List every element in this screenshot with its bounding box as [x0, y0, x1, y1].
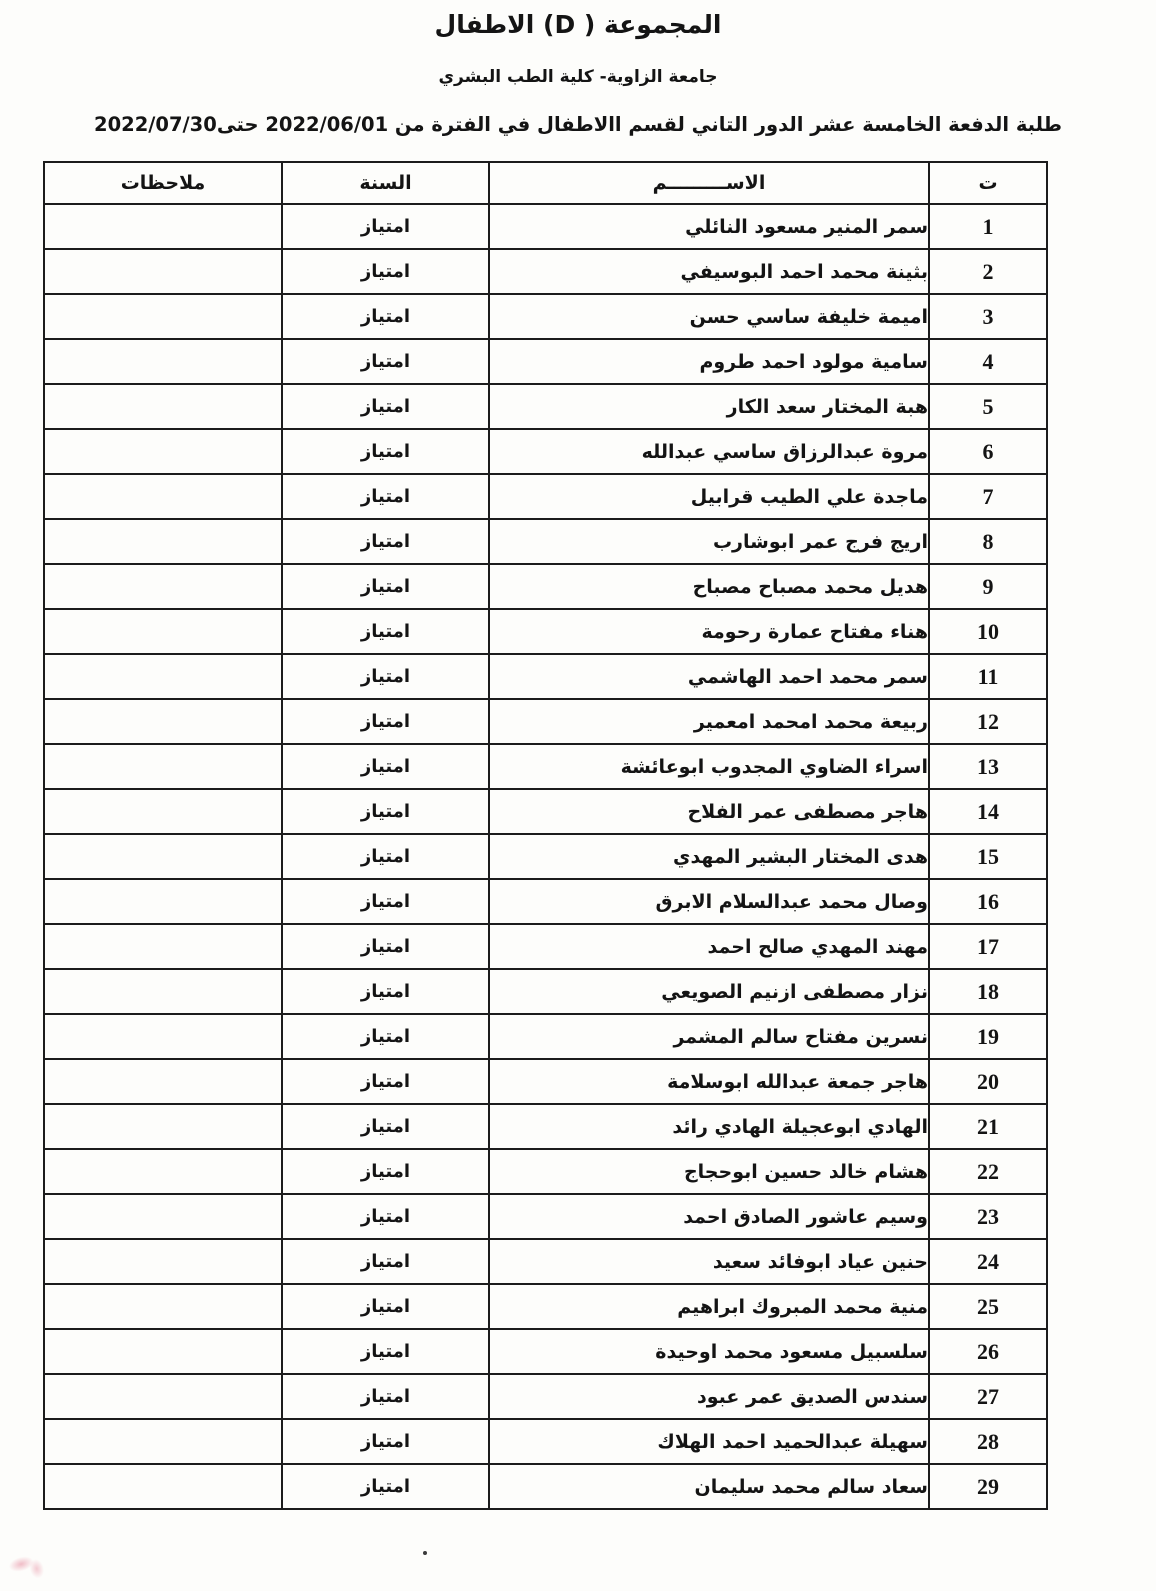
table-row: 22 هشام خالد حسين ابوحجاج امتياز [44, 1149, 1047, 1194]
student-grade: امتياز [282, 699, 489, 744]
table-row: 1 سمر المنير مسعود النائلي امتياز [44, 204, 1047, 249]
student-number: 29 [929, 1464, 1047, 1509]
student-grade: امتياز [282, 1194, 489, 1239]
table-row: 21 الهادي ابوعجيلة الهادي رائد امتياز [44, 1104, 1047, 1149]
student-name: هدى المختار البشير المهدي [489, 834, 929, 879]
student-number: 9 [929, 564, 1047, 609]
student-name: وسيم عاشور الصادق احمد [489, 1194, 929, 1239]
table-row: 6 مروة عبدالرزاق ساسي عبدالله امتياز [44, 429, 1047, 474]
table-row: 25 منية محمد المبروك ابراهيم امتياز [44, 1284, 1047, 1329]
document-header: المجموعة ( D) الاطفال جامعة الزاوية- كلي… [0, 0, 1156, 136]
student-grade: امتياز [282, 1284, 489, 1329]
student-grade: امتياز [282, 339, 489, 384]
table-row: 19 نسرين مفتاح سالم المشمر امتياز [44, 1014, 1047, 1059]
student-number: 10 [929, 609, 1047, 654]
student-notes-cell [44, 474, 282, 519]
student-name: سلسبيل مسعود محمد اوحيدة [489, 1329, 929, 1374]
student-notes-cell [44, 969, 282, 1014]
student-grade: امتياز [282, 204, 489, 249]
scan-speck [423, 1551, 427, 1555]
table-row: 10 هناء مفتاح عمارة رحومة امتياز [44, 609, 1047, 654]
student-grade: امتياز [282, 294, 489, 339]
student-name: الهادي ابوعجيلة الهادي رائد [489, 1104, 929, 1149]
student-number: 11 [929, 654, 1047, 699]
student-name: مهند المهدي صالح احمد [489, 924, 929, 969]
student-notes-cell [44, 249, 282, 294]
student-notes-cell [44, 609, 282, 654]
student-grade: امتياز [282, 474, 489, 519]
student-number: 2 [929, 249, 1047, 294]
student-number: 4 [929, 339, 1047, 384]
student-notes-cell [44, 744, 282, 789]
table-row: 5 هبة المختار سعد الكار امتياز [44, 384, 1047, 429]
student-grade: امتياز [282, 1014, 489, 1059]
student-number: 19 [929, 1014, 1047, 1059]
column-header-year: السنة [282, 162, 489, 204]
student-notes-cell [44, 384, 282, 429]
table-row: 7 ماجدة علي الطيب قرابيل امتياز [44, 474, 1047, 519]
table-row: 11 سمر محمد احمد الهاشمي امتياز [44, 654, 1047, 699]
student-grade: امتياز [282, 609, 489, 654]
student-number: 26 [929, 1329, 1047, 1374]
student-name: نزار مصطفى ازنيم الصويعي [489, 969, 929, 1014]
university-line: جامعة الزاوية- كلية الطب البشري [0, 67, 1156, 87]
student-notes-cell [44, 564, 282, 609]
student-grade: امتياز [282, 1149, 489, 1194]
student-name: هاجر مصطفى عمر الفلاح [489, 789, 929, 834]
student-notes-cell [44, 1284, 282, 1329]
table-row: 18 نزار مصطفى ازنيم الصويعي امتياز [44, 969, 1047, 1014]
table-row: 20 هاجر جمعة عبدالله ابوسلامة امتياز [44, 1059, 1047, 1104]
table-row: 15 هدى المختار البشير المهدي امتياز [44, 834, 1047, 879]
student-notes-cell [44, 789, 282, 834]
students-table-header: ت الاســـــــــم السنة ملاحظات [44, 162, 1047, 204]
student-number: 18 [929, 969, 1047, 1014]
student-number: 27 [929, 1374, 1047, 1419]
table-row: 28 سهيلة عبدالحميد احمد الهلاك امتياز [44, 1419, 1047, 1464]
student-grade: امتياز [282, 1464, 489, 1509]
student-name: ماجدة علي الطيب قرابيل [489, 474, 929, 519]
student-number: 25 [929, 1284, 1047, 1329]
student-name: اميمة خليفة ساسي حسن [489, 294, 929, 339]
table-row: 12 ربيعة محمد امحمد امعمير امتياز [44, 699, 1047, 744]
student-notes-cell [44, 1059, 282, 1104]
scan-smudge [4, 1543, 57, 1588]
table-row: 23 وسيم عاشور الصادق احمد امتياز [44, 1194, 1047, 1239]
students-table: ت الاســـــــــم السنة ملاحظات 1 سمر الم… [43, 161, 1048, 1510]
student-notes-cell [44, 1104, 282, 1149]
column-header-notes: ملاحظات [44, 162, 282, 204]
student-number: 17 [929, 924, 1047, 969]
student-number: 23 [929, 1194, 1047, 1239]
student-notes-cell [44, 1464, 282, 1509]
student-notes-cell [44, 924, 282, 969]
student-name: سمر المنير مسعود النائلي [489, 204, 929, 249]
student-grade: امتياز [282, 1419, 489, 1464]
student-number: 20 [929, 1059, 1047, 1104]
table-row: 26 سلسبيل مسعود محمد اوحيدة امتياز [44, 1329, 1047, 1374]
student-notes-cell [44, 1239, 282, 1284]
student-grade: امتياز [282, 744, 489, 789]
student-number: 22 [929, 1149, 1047, 1194]
student-name: منية محمد المبروك ابراهيم [489, 1284, 929, 1329]
page-title: المجموعة ( D) الاطفال [0, 0, 1156, 39]
table-row: 16 وصال محمد عبدالسلام الابرق امتياز [44, 879, 1047, 924]
student-grade: امتياز [282, 924, 489, 969]
student-name: حنين عياد ابوفائد سعيد [489, 1239, 929, 1284]
student-notes-cell [44, 1329, 282, 1374]
student-name: هناء مفتاح عمارة رحومة [489, 609, 929, 654]
student-grade: امتياز [282, 564, 489, 609]
student-grade: امتياز [282, 384, 489, 429]
student-grade: امتياز [282, 879, 489, 924]
table-row: 4 سامية مولود احمد طروم امتياز [44, 339, 1047, 384]
student-number: 6 [929, 429, 1047, 474]
student-notes-cell [44, 204, 282, 249]
student-notes-cell [44, 1419, 282, 1464]
student-name: سمر محمد احمد الهاشمي [489, 654, 929, 699]
column-header-name: الاســـــــــم [489, 162, 929, 204]
student-grade: امتياز [282, 1059, 489, 1104]
student-number: 24 [929, 1239, 1047, 1284]
table-row: 24 حنين عياد ابوفائد سعيد امتياز [44, 1239, 1047, 1284]
student-notes-cell [44, 834, 282, 879]
scanned-document-page: المجموعة ( D) الاطفال جامعة الزاوية- كلي… [0, 0, 1156, 1591]
table-row: 9 هديل محمد مصباح مصباح امتياز [44, 564, 1047, 609]
table-row: 3 اميمة خليفة ساسي حسن امتياز [44, 294, 1047, 339]
table-row: 8 اريج فرج عمر ابوشارب امتياز [44, 519, 1047, 564]
table-row: 27 سندس الصديق عمر عبود امتياز [44, 1374, 1047, 1419]
student-name: هاجر جمعة عبدالله ابوسلامة [489, 1059, 929, 1104]
student-grade: امتياز [282, 834, 489, 879]
student-number: 15 [929, 834, 1047, 879]
student-notes-cell [44, 519, 282, 564]
student-name: هشام خالد حسين ابوحجاج [489, 1149, 929, 1194]
student-notes-cell [44, 879, 282, 924]
student-name: مروة عبدالرزاق ساسي عبدالله [489, 429, 929, 474]
student-number: 5 [929, 384, 1047, 429]
student-notes-cell [44, 654, 282, 699]
student-name: ربيعة محمد امحمد امعمير [489, 699, 929, 744]
student-notes-cell [44, 1014, 282, 1059]
student-name: سهيلة عبدالحميد احمد الهلاك [489, 1419, 929, 1464]
student-grade: امتياز [282, 519, 489, 564]
table-row: 29 سعاد سالم محمد سليمان امتياز [44, 1464, 1047, 1509]
student-grade: امتياز [282, 429, 489, 474]
student-notes-cell [44, 699, 282, 744]
student-name: هديل محمد مصباح مصباح [489, 564, 929, 609]
student-grade: امتياز [282, 789, 489, 834]
table-row: 17 مهند المهدي صالح احمد امتياز [44, 924, 1047, 969]
student-grade: امتياز [282, 249, 489, 294]
student-name: بثينة محمد احمد البوسيفي [489, 249, 929, 294]
table-row: 2 بثينة محمد احمد البوسيفي امتياز [44, 249, 1047, 294]
student-name: اريج فرج عمر ابوشارب [489, 519, 929, 564]
student-grade: امتياز [282, 1329, 489, 1374]
table-row: 14 هاجر مصطفى عمر الفلاح امتياز [44, 789, 1047, 834]
student-grade: امتياز [282, 1239, 489, 1284]
student-name: هبة المختار سعد الكار [489, 384, 929, 429]
student-notes-cell [44, 1149, 282, 1194]
student-grade: امتياز [282, 654, 489, 699]
student-number: 7 [929, 474, 1047, 519]
header-row: ت الاســـــــــم السنة ملاحظات [44, 162, 1047, 204]
student-number: 21 [929, 1104, 1047, 1149]
student-number: 8 [929, 519, 1047, 564]
student-notes-cell [44, 1374, 282, 1419]
student-name: نسرين مفتاح سالم المشمر [489, 1014, 929, 1059]
student-name: سامية مولود احمد طروم [489, 339, 929, 384]
student-name: وصال محمد عبدالسلام الابرق [489, 879, 929, 924]
student-number: 16 [929, 879, 1047, 924]
student-grade: امتياز [282, 969, 489, 1014]
student-name: سندس الصديق عمر عبود [489, 1374, 929, 1419]
student-number: 3 [929, 294, 1047, 339]
student-notes-cell [44, 339, 282, 384]
student-number: 14 [929, 789, 1047, 834]
table-row: 13 اسراء الضاوي المجدوب ابوعائشة امتياز [44, 744, 1047, 789]
student-grade: امتياز [282, 1104, 489, 1149]
student-notes-cell [44, 1194, 282, 1239]
student-notes-cell [44, 429, 282, 474]
student-table-body: 1 سمر المنير مسعود النائلي امتياز 2 بثين… [44, 204, 1047, 1509]
batch-period-line: طلبة الدفعة الخامسة عشر الدور التاني لقس… [0, 113, 1156, 136]
column-header-index: ت [929, 162, 1047, 204]
student-grade: امتياز [282, 1374, 489, 1419]
student-number: 13 [929, 744, 1047, 789]
student-number: 12 [929, 699, 1047, 744]
student-number: 28 [929, 1419, 1047, 1464]
student-name: سعاد سالم محمد سليمان [489, 1464, 929, 1509]
student-notes-cell [44, 294, 282, 339]
student-name: اسراء الضاوي المجدوب ابوعائشة [489, 744, 929, 789]
student-number: 1 [929, 204, 1047, 249]
